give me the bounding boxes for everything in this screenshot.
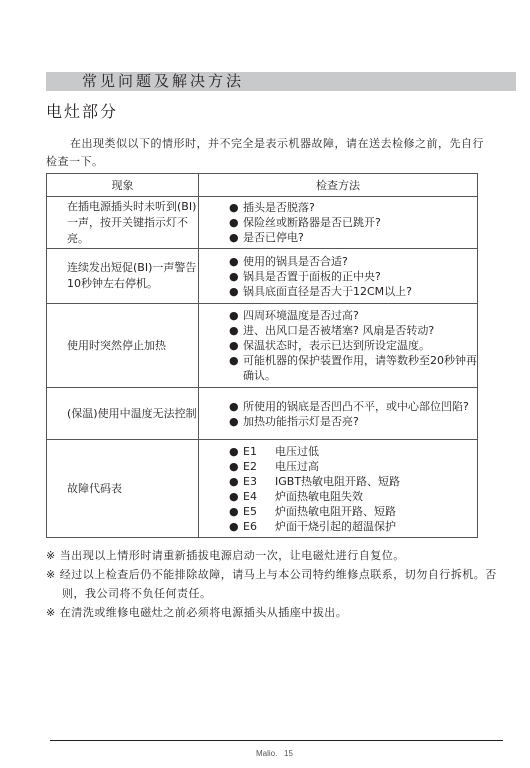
- error-desc: 炉面热敏电阻失效: [275, 490, 363, 503]
- check-item: 锅具是否置于面板的正中央?: [229, 269, 477, 284]
- symptom-cell: 在插电源插头时未听到(BI)一声，按开关键指示灯不亮。: [47, 197, 199, 249]
- symptom-cell: (保温)使用中温度无法控制: [47, 388, 199, 440]
- check-item: 所使用的锅底是否凹凸不平，或中心部位凹陷?: [229, 399, 477, 414]
- footer-divider: [50, 740, 503, 741]
- error-code: E2: [243, 459, 275, 474]
- error-code: E3: [243, 474, 275, 489]
- error-desc: 电压过低: [275, 445, 319, 458]
- error-code-item: E3IGBT热敏电阻开路、短路: [229, 474, 477, 489]
- section-heading: 电灶部分: [46, 99, 118, 122]
- check-item: 使用的锅具是否合适?: [229, 254, 477, 269]
- error-code-item: E1电压过低: [229, 444, 477, 459]
- symptom-cell: 使用时突然停止加热: [47, 304, 199, 388]
- table-row: 连续发出短促(BI)一声警告10秒钟左右停机。 使用的锅具是否合适? 锅具是否置…: [47, 249, 478, 304]
- table-row: (保温)使用中温度无法控制 所使用的锅底是否凹凸不平，或中心部位凹陷? 加热功能…: [47, 388, 478, 440]
- error-desc: 炉面干烧引起的超温保护: [275, 520, 396, 533]
- check-item: 可能机器的保护装置作用，请等数秒至20秒钟再确认。: [229, 353, 477, 383]
- table-row-error-codes: 故障代码表 E1电压过低 E2电压过高 E3IGBT热敏电阻开路、短路 E4炉面…: [47, 440, 478, 538]
- table-row: 在插电源插头时未听到(BI)一声，按开关键指示灯不亮。 插头是否脱落? 保险丝或…: [47, 197, 478, 249]
- page-title: 常见问题及解决方法: [82, 72, 244, 91]
- notes-section: ※ 当出现以上情形时请重新插拔电源启动一次，让电磁灶进行自复位。 ※ 经过以上检…: [46, 546, 506, 622]
- troubleshooting-table: 现象 检查方法 在插电源插头时未听到(BI)一声，按开关键指示灯不亮。 插头是否…: [46, 173, 478, 538]
- check-item: 是否已停电?: [229, 230, 477, 245]
- check-cell: 所使用的锅底是否凹凸不平，或中心部位凹陷? 加热功能指示灯是否亮?: [199, 388, 478, 440]
- error-code-cell: E1电压过低 E2电压过高 E3IGBT热敏电阻开路、短路 E4炉面热敏电阻失效…: [199, 440, 478, 538]
- error-desc: IGBT热敏电阻开路、短路: [275, 475, 400, 488]
- footer-brand-page-number: Malio. 15: [256, 749, 293, 758]
- error-code-item: E6炉面干烧引起的超温保护: [229, 519, 477, 534]
- intro-paragraph: 在出现类似以下的情形时，并不完全是表示机器故障，请在送去检修之前，先自行检查一下…: [46, 135, 486, 171]
- error-code: E6: [243, 519, 275, 534]
- check-item: 保险丝或断路器是否已跳开?: [229, 215, 477, 230]
- symptom-cell: 故障代码表: [47, 440, 199, 538]
- error-desc: 炉面热敏电阻开路、短路: [275, 505, 396, 518]
- error-code-item: E5炉面热敏电阻开路、短路: [229, 504, 477, 519]
- check-cell: 使用的锅具是否合适? 锅具是否置于面板的正中央? 锅具底面直径是否大于12CM以…: [199, 249, 478, 304]
- error-code-item: E2电压过高: [229, 459, 477, 474]
- check-item: 进、出风口是否被堵塞? 风扇是否转动?: [229, 323, 477, 338]
- header-symptom: 现象: [47, 174, 199, 197]
- error-code: E4: [243, 489, 275, 504]
- error-code-item: E4炉面热敏电阻失效: [229, 489, 477, 504]
- error-code: E1: [243, 444, 275, 459]
- table-header-row: 现象 检查方法: [47, 174, 478, 197]
- error-desc: 电压过高: [275, 460, 319, 473]
- check-item: 锅具底面直径是否大于12CM以上?: [229, 284, 477, 299]
- note-item: ※ 经过以上检查后仍不能排除故障，请马上与本公司特约维修点联系，切勿自行拆机。否…: [46, 565, 506, 603]
- check-item: 保温状态时，表示已达到所设定温度。: [229, 338, 477, 353]
- check-item: 加热功能指示灯是否亮?: [229, 414, 477, 429]
- page-title-bar: 常见问题及解决方法: [46, 72, 516, 91]
- check-cell: 四周环境温度是否过高? 进、出风口是否被堵塞? 风扇是否转动? 保温状态时，表示…: [199, 304, 478, 388]
- note-item: ※ 在清洗或维修电磁灶之前必须将电源插头从插座中拔出。: [46, 603, 506, 622]
- symptom-cell: 连续发出短促(BI)一声警告10秒钟左右停机。: [47, 249, 199, 304]
- table-row: 使用时突然停止加热 四周环境温度是否过高? 进、出风口是否被堵塞? 风扇是否转动…: [47, 304, 478, 388]
- header-check-method: 检查方法: [199, 174, 478, 197]
- check-cell: 插头是否脱落? 保险丝或断路器是否已跳开? 是否已停电?: [199, 197, 478, 249]
- check-item: 插头是否脱落?: [229, 200, 477, 215]
- note-item: ※ 当出现以上情形时请重新插拔电源启动一次，让电磁灶进行自复位。: [46, 546, 506, 565]
- error-code: E5: [243, 504, 275, 519]
- check-item: 四周环境温度是否过高?: [229, 308, 477, 323]
- intro-text: 在出现类似以下的情形时，并不完全是表示机器故障，请在送去检修之前，先自行检查一下…: [46, 137, 484, 168]
